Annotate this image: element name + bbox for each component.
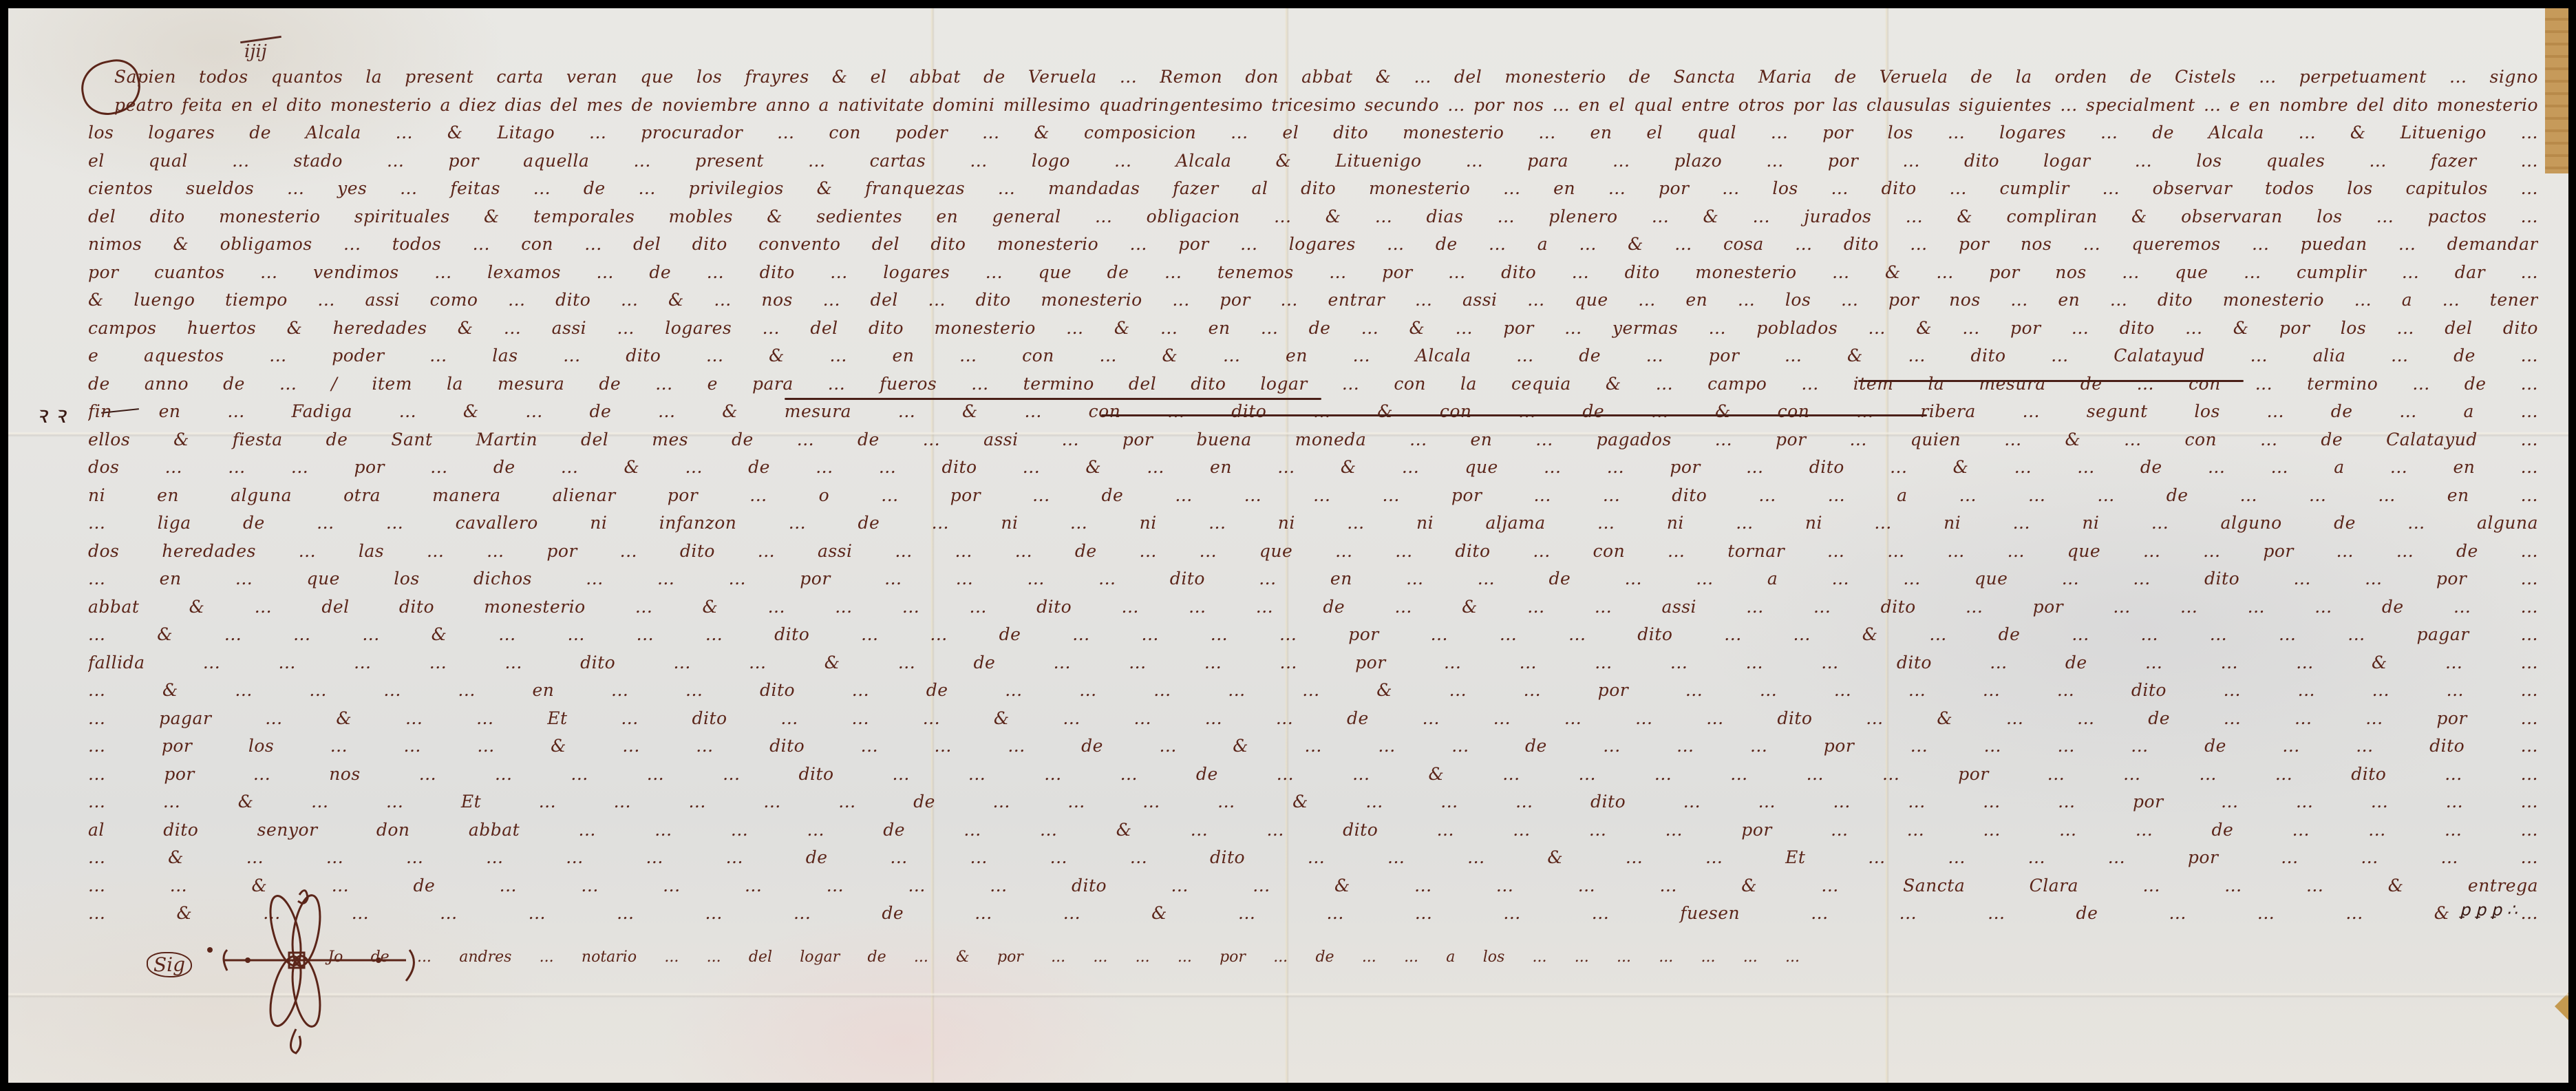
text-line: dos ... ... ... por ... de ... & ... de … <box>88 454 2538 482</box>
text-underline <box>1101 414 1927 416</box>
text-line: dos heredades ... las ... ... por ... di… <box>88 538 2538 566</box>
text-line: & luengo tiempo ... assi como ... dito .… <box>88 286 2538 315</box>
text-line: cientos sueldos ... yes ... feitas ... d… <box>88 175 2538 203</box>
notarial-signum-icon <box>138 881 482 1074</box>
text-line: los logares de Alcala ... & Litago ... p… <box>88 119 2538 147</box>
text-line: peatro feita en el dito monesterio a die… <box>88 92 2538 120</box>
text-line: fin en ... Fadiga ... & ... de ... & mes… <box>88 398 2538 426</box>
wooden-table-edge <box>2545 8 2568 173</box>
text-line: de anno de ... / item la mesura de ... e… <box>88 370 2538 399</box>
text-line: ... & ... ... ... ... ... ... ... de ...… <box>88 844 2538 872</box>
margin-note: ꝛ ꝛ <box>36 398 65 430</box>
text-line: ... & ... ... ... ... en ... ... dito ..… <box>88 677 2538 705</box>
text-line: nimos & obligamos ... todos ... con ... … <box>88 231 2538 259</box>
manuscript-text: Sapien todos quantos la present carta ve… <box>88 63 2538 928</box>
text-line: al dito senyor don abbat ... ... ... ...… <box>88 816 2538 845</box>
text-line: campos huertos & heredades & ... assi ..… <box>88 315 2538 343</box>
text-line: ellos & fiesta de Sant Martin del mes de… <box>88 426 2538 454</box>
text-line: ... pagar ... & ... ... Et ... dito ... … <box>88 705 2538 733</box>
text-line: ... por los ... ... ... & ... ... dito .… <box>88 732 2538 761</box>
text-line: el qual ... stado ... por aquella ... pr… <box>88 147 2538 176</box>
text-line: fallida ... ... ... ... ... dito ... ...… <box>88 649 2538 677</box>
text-line: ... liga de ... ... cavallero ni infanzo… <box>88 509 2538 538</box>
text-line: e aquestos ... poder ... las ... dito ..… <box>88 342 2538 370</box>
shelfmark-annotation: ijij <box>244 41 267 62</box>
text-line: ... ... & ... ... Et ... ... ... ... ...… <box>88 788 2538 816</box>
signum-label: Sig <box>147 952 192 977</box>
notary-subscription-line: ... Jo de ... andres ... notario ... ...… <box>286 949 1800 966</box>
text-underline <box>785 398 1321 400</box>
text-line: Sapien todos quantos la present carta ve… <box>88 63 2538 92</box>
closing-flourish: ꝑ ꝑ ꝑ ∴ <box>2460 900 2518 920</box>
text-line: ... por ... nos ... ... ... ... ... dito… <box>88 761 2538 789</box>
text-line: ... en ... que los dichos ... ... ... po… <box>88 565 2538 593</box>
text-line: ... & ... ... ... & ... ... ... ... dito… <box>88 621 2538 649</box>
text-line: del dito monesterio spirituales & tempor… <box>88 203 2538 231</box>
text-line: por cuantos ... vendimos ... lexamos ...… <box>88 259 2538 287</box>
text-line: abbat & ... del dito monesterio ... & ..… <box>88 593 2538 622</box>
text-underline <box>1858 380 2244 382</box>
text-line: ni en alguna otra manera alienar por ...… <box>88 482 2538 510</box>
